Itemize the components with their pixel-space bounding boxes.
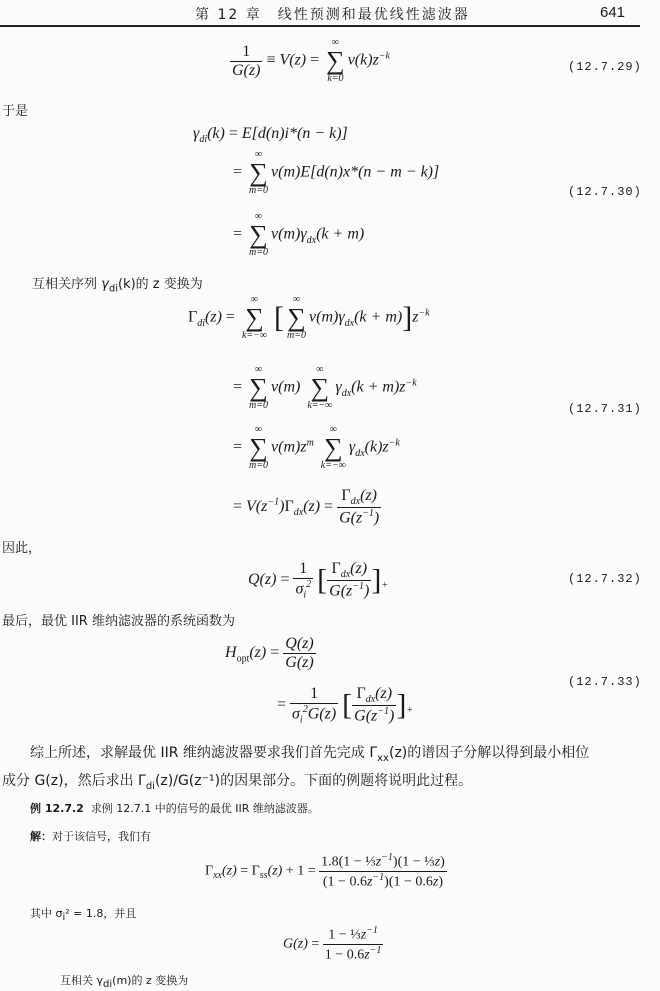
- paragraph-text: 其中 σi² = 1.8，并且: [30, 905, 136, 923]
- equation-12-7-31-line-4: = V(z−1)Γdx(z) = Γdx(z)G(z−1): [233, 487, 381, 528]
- example-heading: 例 12.7.2 求例 12.7.1 中的信号的最优 IIR 维纳滤波器。: [30, 800, 319, 816]
- equation-number: (12.7.33): [568, 675, 642, 689]
- paragraph-text: 最后，最优 IIR 维纳滤波器的系统函数为: [2, 610, 235, 629]
- solution-label: 解：: [30, 830, 52, 843]
- equation-12-7-32: Q(z) = 1σi2 [Γdx(z)G(z−1)]+: [248, 560, 388, 601]
- equation-12-7-29: 1G(z) ≡ V(z) = ∞∑k=0v(k)z−k: [230, 38, 390, 84]
- equation-number: (12.7.29): [568, 60, 642, 74]
- page-number: 641: [600, 4, 625, 21]
- equation-12-7-33-line-1: Hopt(z) = Q(z)G(z): [225, 635, 316, 672]
- equation-12-7-30-line-3: = ∞∑m=0v(m)γdx(k + m): [233, 212, 364, 258]
- paragraph-text: 互相关 γdi(m)的 z 变换为: [60, 972, 188, 990]
- equation-12-7-33-line-2: = 1σi2G(z) [Γdx(z)G(z−1)]+: [277, 685, 413, 726]
- header-rule: [0, 25, 640, 27]
- equation-12-7-31-line-3: = ∞∑m=0v(m)zm ∞∑k=−∞γdx(k)z−k: [233, 425, 400, 471]
- paragraph-text: 成分 G(z)，然后求出 Γdi(z)/G(z⁻¹)的因果部分。下面的例题将说明…: [2, 770, 472, 792]
- equation-12-7-31-line-2: = ∞∑m=0v(m) ∞∑k=−∞γdx(k + m)z−k: [233, 365, 417, 411]
- paragraph-text: 于是: [2, 100, 28, 119]
- equation-12-7-30-line-2: = ∞∑m=0v(m)E[d(n)x*(n − m − k)]: [233, 150, 439, 196]
- equation-G: G(z) = 1 − ⅓z−11 − 0.6z−1: [283, 925, 383, 963]
- chapter-header-title: 第 12 章 线性预测和最优线性滤波器: [195, 4, 470, 24]
- paragraph-text: 互相关序列 γdi(k)的 z 变换为: [32, 273, 203, 295]
- solution-text: 解：对于该信号，我们有: [30, 828, 151, 844]
- equation-12-7-30-line-1: γdi(k) = E[d(n)i*(n − k)]: [193, 125, 348, 145]
- equation-number: (12.7.30): [568, 185, 642, 199]
- paragraph-text: 综上所述，求解最优 IIR 维纳滤波器要求我们首先完成 Γxx(z)的谱因子分解…: [30, 742, 589, 764]
- equation-12-7-31-line-1: Γdi(z) = ∞∑k=−∞ [∞∑m=0v(m)γdx(k + m)]z−k: [188, 295, 430, 341]
- equation-gamma-xx: Γxx(z) = Γss(z) + 1 = 1.8(1 − ⅓z−1)(1 − …: [205, 852, 447, 890]
- paragraph-text: 因此，: [2, 537, 41, 556]
- equation-number: (12.7.31): [568, 402, 642, 416]
- equation-number: (12.7.32): [568, 572, 642, 586]
- example-label: 例 12.7.2: [30, 802, 84, 815]
